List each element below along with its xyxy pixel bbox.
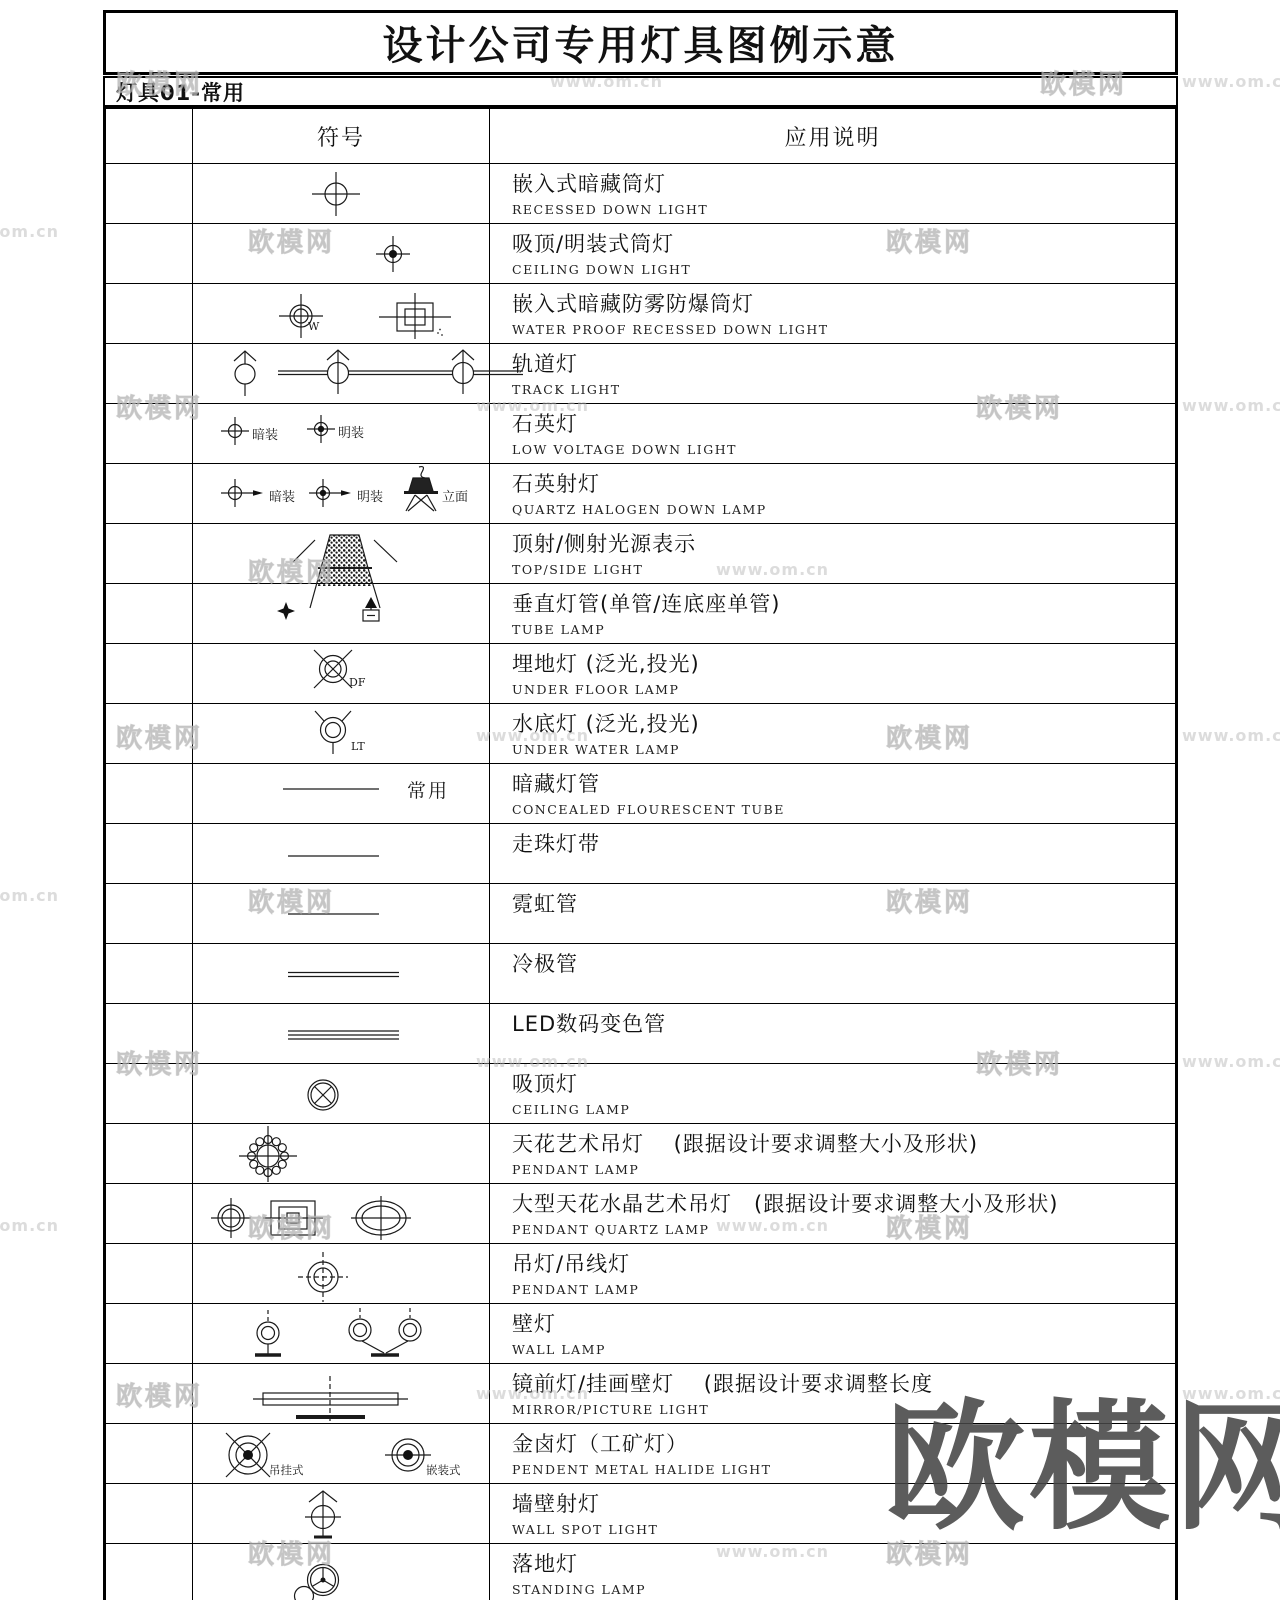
- lamp-name-cn: 垂直灯管(单管/连底座单管): [512, 591, 1175, 617]
- index-cell: [106, 884, 193, 943]
- mirror-picture-light-symbol: [193, 1364, 490, 1423]
- description-cell: 天花艺术吊灯 (跟据设计要求调整大小及形状)PENDANT LAMP: [490, 1124, 1175, 1183]
- lamp-name-cn: 吸顶灯: [512, 1071, 1175, 1097]
- under-water-lamp-symbol: LT: [193, 704, 490, 763]
- site-watermark: www.om.cn: [0, 222, 59, 241]
- description-cell: 墙壁射灯WALL SPOT LIGHT: [490, 1484, 1175, 1543]
- lamp-name-en: TOP/SIDE LIGHT: [512, 562, 1175, 577]
- description-cell: LED数码变色管: [490, 1004, 1175, 1063]
- site-watermark: www.om.cn: [1182, 1384, 1280, 1403]
- index-cell: [106, 1124, 193, 1183]
- table-body: 嵌入式暗藏筒灯RECESSED DOWN LIGHT吸顶/明装式筒灯CEILIN…: [106, 163, 1175, 1600]
- lamp-name-en: CEILING DOWN LIGHT: [512, 262, 1175, 277]
- sheet-title-box: 设计公司专用灯具图例示意: [103, 10, 1178, 75]
- index-cell: [106, 164, 193, 223]
- description-cell: 吊灯/吊线灯PENDANT LAMP: [490, 1244, 1175, 1303]
- description-cell: 石英射灯QUARTZ HALOGEN DOWN LAMP: [490, 464, 1175, 523]
- description-cell: 轨道灯TRACK LIGHT: [490, 344, 1175, 403]
- wall-spot-light-symbol: [193, 1484, 490, 1543]
- description-cell: 顶射/侧射光源表示TOP/SIDE LIGHT: [490, 524, 1175, 583]
- lamp-name-en: WALL SPOT LIGHT: [512, 1522, 1175, 1537]
- symbol-label: 暗装: [252, 424, 278, 443]
- table-row: 壁灯WALL LAMP: [106, 1303, 1175, 1363]
- symbol-label: 嵌装式: [426, 1462, 461, 1478]
- index-cell: [106, 644, 193, 703]
- led-color-tube-symbol: [193, 1004, 490, 1063]
- symbol-label: 暗装: [269, 486, 295, 505]
- section-label: 灯具01-常用: [105, 77, 245, 107]
- description-cell: 大型天花水晶艺术吊灯 (跟据设计要求调整大小及形状)PENDANT QUARTZ…: [490, 1184, 1175, 1243]
- table-row: 暗装明装石英灯LOW VOLTAGE DOWN LIGHT: [106, 403, 1175, 463]
- index-cell: [106, 1304, 193, 1363]
- table-row: LED数码变色管: [106, 1003, 1175, 1063]
- ceiling-lamp-symbol: [193, 1064, 490, 1123]
- index-cell: [106, 1424, 193, 1483]
- tube-lamp-symbol: [193, 584, 490, 643]
- table-row: 垂直灯管(单管/连底座单管)TUBE LAMP: [106, 583, 1175, 643]
- standing-lamp-symbol: [193, 1544, 490, 1600]
- lamp-name-cn: 走珠灯带: [512, 831, 1175, 857]
- description-cell: 嵌入式暗藏筒灯RECESSED DOWN LIGHT: [490, 164, 1175, 223]
- lamp-name-en: CEILING LAMP: [512, 1102, 1175, 1117]
- neon-tube-symbol: [193, 884, 490, 943]
- pendant-crystal-lamp-symbol: [193, 1184, 490, 1243]
- index-cell: [106, 1364, 193, 1423]
- lamp-name-cn: 水底灯 (泛光,投光): [512, 711, 1175, 737]
- table-row: 落地灯STANDING LAMP: [106, 1543, 1175, 1600]
- index-cell: [106, 704, 193, 763]
- table-row: 顶射/侧射光源表示TOP/SIDE LIGHT: [106, 523, 1175, 583]
- lamp-name-cn: 埋地灯 (泛光,投光): [512, 651, 1175, 677]
- index-cell: [106, 1184, 193, 1243]
- site-watermark: www.om.cn: [1182, 72, 1280, 91]
- index-cell: [106, 284, 193, 343]
- table-row: 大型天花水晶艺术吊灯 (跟据设计要求调整大小及形状)PENDANT QUARTZ…: [106, 1183, 1175, 1243]
- lamp-name-en: RECESSED DOWN LIGHT: [512, 202, 1175, 217]
- bead-strip-symbol: [193, 824, 490, 883]
- description-cell: 水底灯 (泛光,投光)UNDER WATER LAMP: [490, 704, 1175, 763]
- lamp-name-en: TRACK LIGHT: [512, 382, 1175, 397]
- index-cell: [106, 464, 193, 523]
- table-row: 霓虹管: [106, 883, 1175, 943]
- waterproof-downlight-symbol: W: [193, 284, 490, 343]
- lamp-name-en: PENDANT LAMP: [512, 1162, 1175, 1177]
- description-cell: 走珠灯带: [490, 824, 1175, 883]
- table-row: 轨道灯TRACK LIGHT: [106, 343, 1175, 403]
- table-row: 常用暗藏灯管CONCEALED FLOURESCENT TUBE: [106, 763, 1175, 823]
- table-row: 嵌入式暗藏筒灯RECESSED DOWN LIGHT: [106, 163, 1175, 223]
- lamp-name-en: PENDANT LAMP: [512, 1282, 1175, 1297]
- cold-cathode-tube-symbol: [193, 944, 490, 1003]
- concealed-tube-symbol: 常用: [193, 764, 490, 823]
- index-cell: [106, 1064, 193, 1123]
- lamp-name-cn: 暗藏灯管: [512, 771, 1175, 797]
- pendant-lamp-symbol: [193, 1244, 490, 1303]
- header-description-column: 应用说明: [490, 109, 1175, 163]
- description-cell: 霓虹管: [490, 884, 1175, 943]
- symbol-label: 常用: [407, 776, 449, 803]
- wall-lamp-symbol: [193, 1304, 490, 1363]
- site-watermark: www.om.cn: [0, 1216, 59, 1235]
- description-cell: 吸顶灯CEILING LAMP: [490, 1064, 1175, 1123]
- lamp-name-cn: 落地灯: [512, 1551, 1175, 1577]
- table-row: DF埋地灯 (泛光,投光)UNDER FLOOR LAMP: [106, 643, 1175, 703]
- description-cell: 暗藏灯管CONCEALED FLOURESCENT TUBE: [490, 764, 1175, 823]
- lamp-name-en: UNDER WATER LAMP: [512, 742, 1175, 757]
- header-index-column: [106, 109, 193, 163]
- lamp-name-cn: 霓虹管: [512, 891, 1175, 917]
- track-light-symbol: [193, 344, 490, 403]
- index-cell: [106, 764, 193, 823]
- lamp-name-en: PENDENT METAL HALIDE LIGHT: [512, 1462, 1175, 1477]
- lamp-name-cn: 嵌入式暗藏防雾防爆筒灯: [512, 291, 1175, 317]
- lamp-name-cn: 石英灯: [512, 411, 1175, 437]
- lamp-name-en: WATER PROOF RECESSED DOWN LIGHT: [512, 322, 1175, 337]
- top-side-light-symbol: [193, 524, 490, 583]
- table-row: LT水底灯 (泛光,投光)UNDER WATER LAMP: [106, 703, 1175, 763]
- description-cell: 镜前灯/挂画壁灯 (跟据设计要求调整长度MIRROR/PICTURE LIGHT: [490, 1364, 1175, 1423]
- description-cell: 冷极管: [490, 944, 1175, 1003]
- table-row: 镜前灯/挂画壁灯 (跟据设计要求调整长度MIRROR/PICTURE LIGHT: [106, 1363, 1175, 1423]
- lamp-name-en: LOW VOLTAGE DOWN LIGHT: [512, 442, 1175, 457]
- lamp-name-cn: 吊灯/吊线灯: [512, 1251, 1175, 1277]
- lamp-name-cn: 嵌入式暗藏筒灯: [512, 171, 1175, 197]
- pendant-art-lamp-symbol: [193, 1124, 490, 1183]
- lamp-name-cn: 壁灯: [512, 1311, 1175, 1337]
- symbol-label: 明装: [357, 486, 383, 505]
- table-row: 吸顶灯CEILING LAMP: [106, 1063, 1175, 1123]
- lamp-name-cn: 冷极管: [512, 951, 1175, 977]
- legend-table: 符号 应用说明 嵌入式暗藏筒灯RECESSED DOWN LIGHT吸顶/明装式…: [103, 106, 1178, 1600]
- symbol-label: 吊挂式: [269, 1462, 304, 1478]
- symbol-label: W: [308, 320, 319, 333]
- recessed-downlight-symbol: [193, 164, 490, 223]
- index-cell: [106, 584, 193, 643]
- index-cell: [106, 344, 193, 403]
- index-cell: [106, 1544, 193, 1600]
- description-cell: 壁灯WALL LAMP: [490, 1304, 1175, 1363]
- description-cell: 嵌入式暗藏防雾防爆筒灯WATER PROOF RECESSED DOWN LIG…: [490, 284, 1175, 343]
- header-symbol-column: 符号: [193, 109, 490, 163]
- table-row: 墙壁射灯WALL SPOT LIGHT: [106, 1483, 1175, 1543]
- lamp-name-en: WALL LAMP: [512, 1342, 1175, 1357]
- lamp-name-en: MIRROR/PICTURE LIGHT: [512, 1402, 1175, 1417]
- table-row: 天花艺术吊灯 (跟据设计要求调整大小及形状)PENDANT LAMP: [106, 1123, 1175, 1183]
- lamp-name-cn: 墙壁射灯: [512, 1491, 1175, 1517]
- lamp-name-cn: 天花艺术吊灯 (跟据设计要求调整大小及形状): [512, 1131, 1175, 1157]
- table-row: 暗装明装立面石英射灯QUARTZ HALOGEN DOWN LAMP: [106, 463, 1175, 523]
- section-bar: 灯具01-常用: [103, 76, 1178, 107]
- description-cell: 石英灯LOW VOLTAGE DOWN LIGHT: [490, 404, 1175, 463]
- index-cell: [106, 824, 193, 883]
- index-cell: [106, 224, 193, 283]
- lamp-name-cn: 金卤灯（工矿灯）: [512, 1431, 1175, 1457]
- symbol-label: LT: [351, 740, 365, 753]
- symbol-label: DF: [349, 676, 365, 689]
- table-row: W嵌入式暗藏防雾防爆筒灯WATER PROOF RECESSED DOWN LI…: [106, 283, 1175, 343]
- lamp-name-en: QUARTZ HALOGEN DOWN LAMP: [512, 502, 1175, 517]
- description-cell: 落地灯STANDING LAMP: [490, 1544, 1175, 1600]
- index-cell: [106, 1244, 193, 1303]
- sheet-title: 设计公司专用灯具图例示意: [383, 14, 899, 71]
- table-row: 吊挂式嵌装式金卤灯（工矿灯）PENDENT METAL HALIDE LIGHT: [106, 1423, 1175, 1483]
- lamp-name-cn: 顶射/侧射光源表示: [512, 531, 1175, 557]
- description-cell: 垂直灯管(单管/连底座单管)TUBE LAMP: [490, 584, 1175, 643]
- site-watermark: www.om.cn: [0, 886, 59, 905]
- quartz-spotlight-symbol: 暗装明装立面: [193, 464, 490, 523]
- quartz-light-symbol: 暗装明装: [193, 404, 490, 463]
- description-cell: 埋地灯 (泛光,投光)UNDER FLOOR LAMP: [490, 644, 1175, 703]
- lamp-name-en: STANDING LAMP: [512, 1582, 1175, 1597]
- legend-sheet: 设计公司专用灯具图例示意 灯具01-常用 符号 应用说明 嵌入式暗藏筒灯RECE…: [0, 0, 1280, 1600]
- index-cell: [106, 1004, 193, 1063]
- lamp-name-cn: 石英射灯: [512, 471, 1175, 497]
- lamp-name-cn: 吸顶/明装式筒灯: [512, 231, 1175, 257]
- index-cell: [106, 944, 193, 1003]
- lamp-name-cn: LED数码变色管: [512, 1011, 1175, 1037]
- site-watermark: www.om.cn: [1182, 1052, 1280, 1071]
- lamp-name-cn: 镜前灯/挂画壁灯 (跟据设计要求调整长度: [512, 1371, 1175, 1397]
- lamp-name-en: CONCEALED FLOURESCENT TUBE: [512, 802, 1175, 817]
- lamp-name-cn: 轨道灯: [512, 351, 1175, 377]
- table-row: 吊灯/吊线灯PENDANT LAMP: [106, 1243, 1175, 1303]
- table-row: 吸顶/明装式筒灯CEILING DOWN LIGHT: [106, 223, 1175, 283]
- site-watermark: www.om.cn: [1182, 396, 1280, 415]
- index-cell: [106, 524, 193, 583]
- site-watermark: www.om.cn: [1182, 726, 1280, 745]
- symbol-label: 明装: [338, 422, 364, 441]
- description-cell: 吸顶/明装式筒灯CEILING DOWN LIGHT: [490, 224, 1175, 283]
- table-row: 冷极管: [106, 943, 1175, 1003]
- lamp-name-en: UNDER FLOOR LAMP: [512, 682, 1175, 697]
- metal-halide-light-symbol: 吊挂式嵌装式: [193, 1424, 490, 1483]
- ceiling-downlight-symbol: [193, 224, 490, 283]
- symbol-label: 立面: [442, 486, 468, 505]
- lamp-name-cn: 大型天花水晶艺术吊灯 (跟据设计要求调整大小及形状): [512, 1191, 1175, 1217]
- lamp-name-en: PENDANT QUARTZ LAMP: [512, 1222, 1175, 1237]
- index-cell: [106, 1484, 193, 1543]
- lamp-name-en: TUBE LAMP: [512, 622, 1175, 637]
- table-row: 走珠灯带: [106, 823, 1175, 883]
- under-floor-lamp-symbol: DF: [193, 644, 490, 703]
- index-cell: [106, 404, 193, 463]
- description-cell: 金卤灯（工矿灯）PENDENT METAL HALIDE LIGHT: [490, 1424, 1175, 1483]
- table-header: 符号 应用说明: [106, 109, 1175, 163]
